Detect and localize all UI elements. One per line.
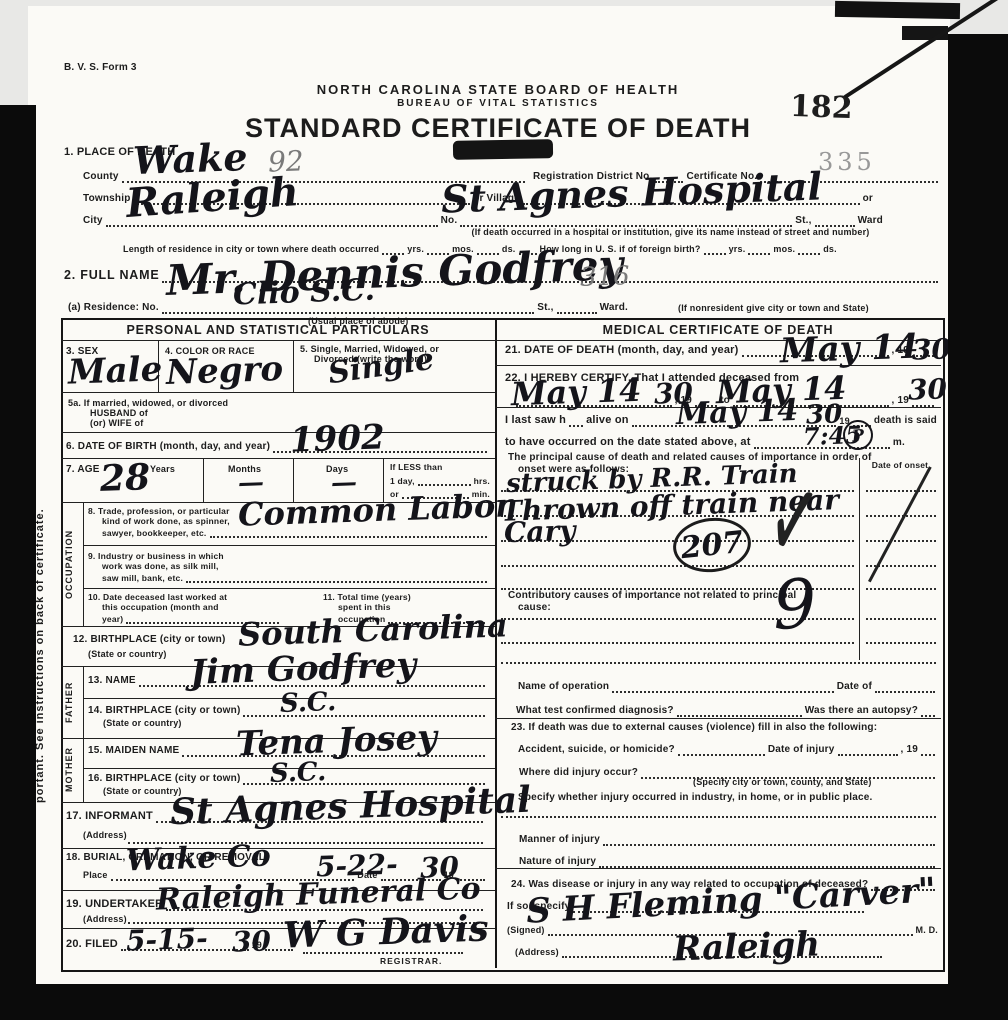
margin-instructions-note: portant. See instructions on back of cer… <box>34 336 54 976</box>
rule <box>495 718 941 719</box>
mother-name-label: 15. MAIDEN NAME <box>88 745 179 757</box>
industry-label-1: 9. Industry or business in which <box>88 551 224 561</box>
operation-label: Name of operation <box>518 681 609 693</box>
contributory-label-2: cause: <box>518 602 551 614</box>
handwritten-trade: Common Labor <box>238 489 513 531</box>
father-bp-sub: (State or country) <box>103 718 182 729</box>
handwritten-burial-place: Wake Co <box>126 841 272 876</box>
handwritten-sex: Male <box>67 352 162 389</box>
scanned-death-certificate: portant. See instructions on back of cer… <box>0 0 1008 1020</box>
last-saw-pre: I last saw h <box>505 414 566 427</box>
hrs-label: hrs. <box>474 476 490 486</box>
rule <box>61 432 495 433</box>
f-mos-label: mos. <box>773 244 795 255</box>
specify-line <box>501 816 936 818</box>
contributory-label-1: Contributory causes of importance not re… <box>508 590 796 602</box>
obliterated-stamp <box>453 139 553 160</box>
where-label: Where did injury occur? <box>519 767 638 779</box>
undertaker-address-label: (Address) <box>83 914 127 925</box>
injury-19: , 19 <box>901 744 918 756</box>
handwritten-residence: Clio S.C. <box>233 276 376 311</box>
res-st-label: St., <box>537 302 553 314</box>
autopsy-label: Was there an autopsy? <box>805 705 918 717</box>
f-mos-line <box>748 242 770 255</box>
total-time-label-1: 11. Total time (years) <box>323 592 411 602</box>
years-label: Years <box>150 464 175 475</box>
date-of-death-label: 21. DATE OF DEATH (month, day, and year) <box>505 344 739 357</box>
informant-address-label: (Address) <box>83 830 127 841</box>
hrs-row: 1 day, hrs. <box>390 473 490 486</box>
handwritten-cause-3: Cary <box>504 517 576 547</box>
county-label: County <box>83 171 119 183</box>
dob-label: 6. DATE OF BIRTH (month, day, and year) <box>66 441 270 453</box>
handwritten-sig-address: Raleigh <box>672 927 820 966</box>
city-label: City <box>83 215 103 227</box>
to-19: , 19 <box>892 395 909 407</box>
handwritten-attended-from: May 14 <box>510 374 641 411</box>
f-ds-line <box>798 242 820 255</box>
handwritten-father-bp: S.C. <box>280 689 337 717</box>
scan-border-left <box>0 105 36 1020</box>
mother-strip-border <box>83 738 84 802</box>
informant-label: 17. INFORMANT <box>66 810 153 823</box>
scan-border-right <box>948 34 1008 1020</box>
residence-label: (a) Residence: No. <box>68 302 159 314</box>
operation-row: Name of operation Date of <box>518 680 938 693</box>
full-name-label: 2. FULL NAME <box>64 268 159 283</box>
accident-line <box>678 743 765 756</box>
handwritten-dod-year: 30 <box>912 335 952 364</box>
birthplace-label: 12. BIRTHPLACE (city or town) <box>73 634 225 646</box>
nature-row: Nature of injury <box>519 855 938 868</box>
registrar-label: REGISTRAR. <box>380 956 442 966</box>
hospital-note: (If death occurred in a hospital or inst… <box>403 227 938 238</box>
death-said-label: death is said <box>874 415 937 427</box>
cell-border <box>293 340 294 392</box>
personal-header: PERSONAL AND STATISTICAL PARTICULARS <box>61 323 495 338</box>
certificate-number-stamp: 335 <box>818 148 876 176</box>
nature-line <box>599 855 935 868</box>
manner-label: Manner of injury <box>519 834 600 846</box>
accident-label: Accident, suicide, or homicide? <box>518 744 675 756</box>
handwritten-mother-name: Tena Josey <box>235 721 437 762</box>
injury-date-line <box>838 743 898 756</box>
industry-line <box>186 570 487 583</box>
cell-border <box>203 458 204 502</box>
autopsy-line <box>921 704 935 717</box>
sig-address-label: (Address) <box>515 947 559 958</box>
handwritten-age-years: 28 <box>99 459 150 497</box>
f-yrs-line <box>704 242 726 255</box>
undertaker-label: 19. UNDERTAKER <box>66 898 163 911</box>
age-label: 7. AGE <box>66 464 100 476</box>
or-label: or <box>863 193 873 205</box>
board-title: NORTH CAROLINA STATE BOARD OF HEALTH <box>188 82 808 98</box>
handwritten-date-of-death: May 14 <box>779 330 919 369</box>
alive-label: alive on <box>586 414 629 427</box>
handwritten-last-saw: May 14 <box>676 396 799 430</box>
accident-row: Accident, suicide, or homicide? Date of … <box>518 743 938 756</box>
handwritten-city: Raleigh <box>125 172 300 224</box>
rule <box>83 545 495 546</box>
handwritten-filed-date: 5-15- <box>126 925 209 956</box>
external-causes-label: 23. If death was due to external causes … <box>511 722 877 734</box>
nonresident-note: (If nonresident give city or town and St… <box>678 303 869 314</box>
father-vertical-label: FATHER <box>64 670 80 734</box>
nature-label: Nature of injury <box>519 856 596 868</box>
father-strip-border <box>83 666 84 738</box>
father-name-label: 13. NAME <box>88 675 136 687</box>
specify-label: Specify whether injury occurred in indus… <box>518 792 872 804</box>
handwritten-dob: 1902 <box>289 420 385 457</box>
meridiem-letter: P <box>851 425 864 445</box>
handwritten-to-year: 30 <box>908 375 948 404</box>
scan-smudge-top <box>835 1 960 19</box>
operation-date-line <box>875 680 935 693</box>
test-label: What test confirmed diagnosis? <box>516 705 674 717</box>
md-label: M. D. <box>916 925 939 936</box>
pencil-316: 316 <box>580 263 631 291</box>
ward-label: Ward <box>858 215 883 227</box>
scan-border-bottom <box>0 984 1008 1020</box>
manner-row: Manner of injury <box>519 833 938 846</box>
burial-place-label: Place <box>83 870 108 881</box>
trade-label-1: 8. Trade, profession, or particular <box>88 506 230 516</box>
wife-label: (or) WIFE of <box>90 418 143 429</box>
test-row: What test confirmed diagnosis? Was there… <box>516 704 938 717</box>
onset-line-6 <box>866 618 936 620</box>
form-number: B. V. S. Form 3 <box>64 62 137 74</box>
contrib-line-3 <box>501 662 936 664</box>
bureau-title: BUREAU OF VITAL STATISTICS <box>188 98 808 110</box>
filed-label: 20. FILED <box>66 938 118 951</box>
res-ward-line <box>557 301 597 314</box>
manner-line <box>603 833 935 846</box>
mother-vertical-label: MOTHER <box>64 742 80 798</box>
one-day-label: 1 day, <box>390 476 415 486</box>
last-worked-label-1: 10. Date deceased last worked at <box>88 592 227 602</box>
h-line <box>569 414 583 427</box>
occupation-vertical-label: OCCUPATION <box>64 506 80 622</box>
handwritten-father-name: Jim Godfrey <box>189 648 416 690</box>
onset-line-3 <box>866 540 936 542</box>
operation-line <box>612 680 834 693</box>
res-ward-label: Ward. <box>600 302 628 314</box>
township-label: Township <box>83 193 131 205</box>
m-label: m. <box>893 437 905 449</box>
dob-row: 6. DATE OF BIRTH (month, day, and year) <box>66 440 490 453</box>
ward-line <box>815 214 855 227</box>
onset-line-1 <box>866 490 936 492</box>
birthplace-sub: (State or country) <box>88 649 167 660</box>
rule <box>83 588 495 589</box>
injury-year-line <box>921 743 935 756</box>
certificate-paper: portant. See instructions on back of cer… <box>28 6 950 986</box>
registrar-signature: W G Davis <box>282 910 489 953</box>
onset-line-7 <box>866 642 936 644</box>
handwritten-filed-year: 30 <box>232 927 272 956</box>
f-ds-label: ds. <box>823 244 837 255</box>
mother-bp-label: 16. BIRTHPLACE (city or town) <box>88 773 240 785</box>
where-note: (Specify city or town, county, and State… <box>693 777 872 788</box>
occurred-label: to have occurred on the date stated abov… <box>505 436 751 449</box>
handwritten-contributory-mark: 9 <box>772 571 818 640</box>
test-line <box>677 704 802 717</box>
handwritten-mother-bp: S.C. <box>270 759 327 787</box>
father-bp-label: 14. BIRTHPLACE (city or town) <box>88 705 240 717</box>
rule <box>495 868 941 869</box>
date-of-label: Date of <box>837 681 872 693</box>
trade-label-3: sawyer, bookkeeper, etc. <box>102 528 207 538</box>
onset-box-border <box>859 458 860 660</box>
handwritten-race: Negro <box>165 352 283 390</box>
occupation-strip-border <box>83 502 84 626</box>
st-label: St., <box>795 215 811 227</box>
rule <box>61 392 495 393</box>
handwritten-institution: St Agnes Hospital <box>440 167 822 218</box>
industry-label-3: saw mill, bank, etc. <box>102 573 183 583</box>
industry-row: saw mill, bank, etc. <box>102 570 490 583</box>
code-number: 207 <box>679 524 745 565</box>
handwritten-birthplace: South Carolina <box>238 609 509 650</box>
handwritten-age-months: — <box>238 470 265 497</box>
last-worked-label-3: year) <box>102 614 123 624</box>
f-yrs-label: yrs. <box>729 244 746 255</box>
injury-date-label: Date of injury <box>768 744 835 756</box>
onset-line-5 <box>866 588 936 590</box>
hrs-line <box>418 473 471 486</box>
less-than-label: If LESS than <box>390 462 442 472</box>
